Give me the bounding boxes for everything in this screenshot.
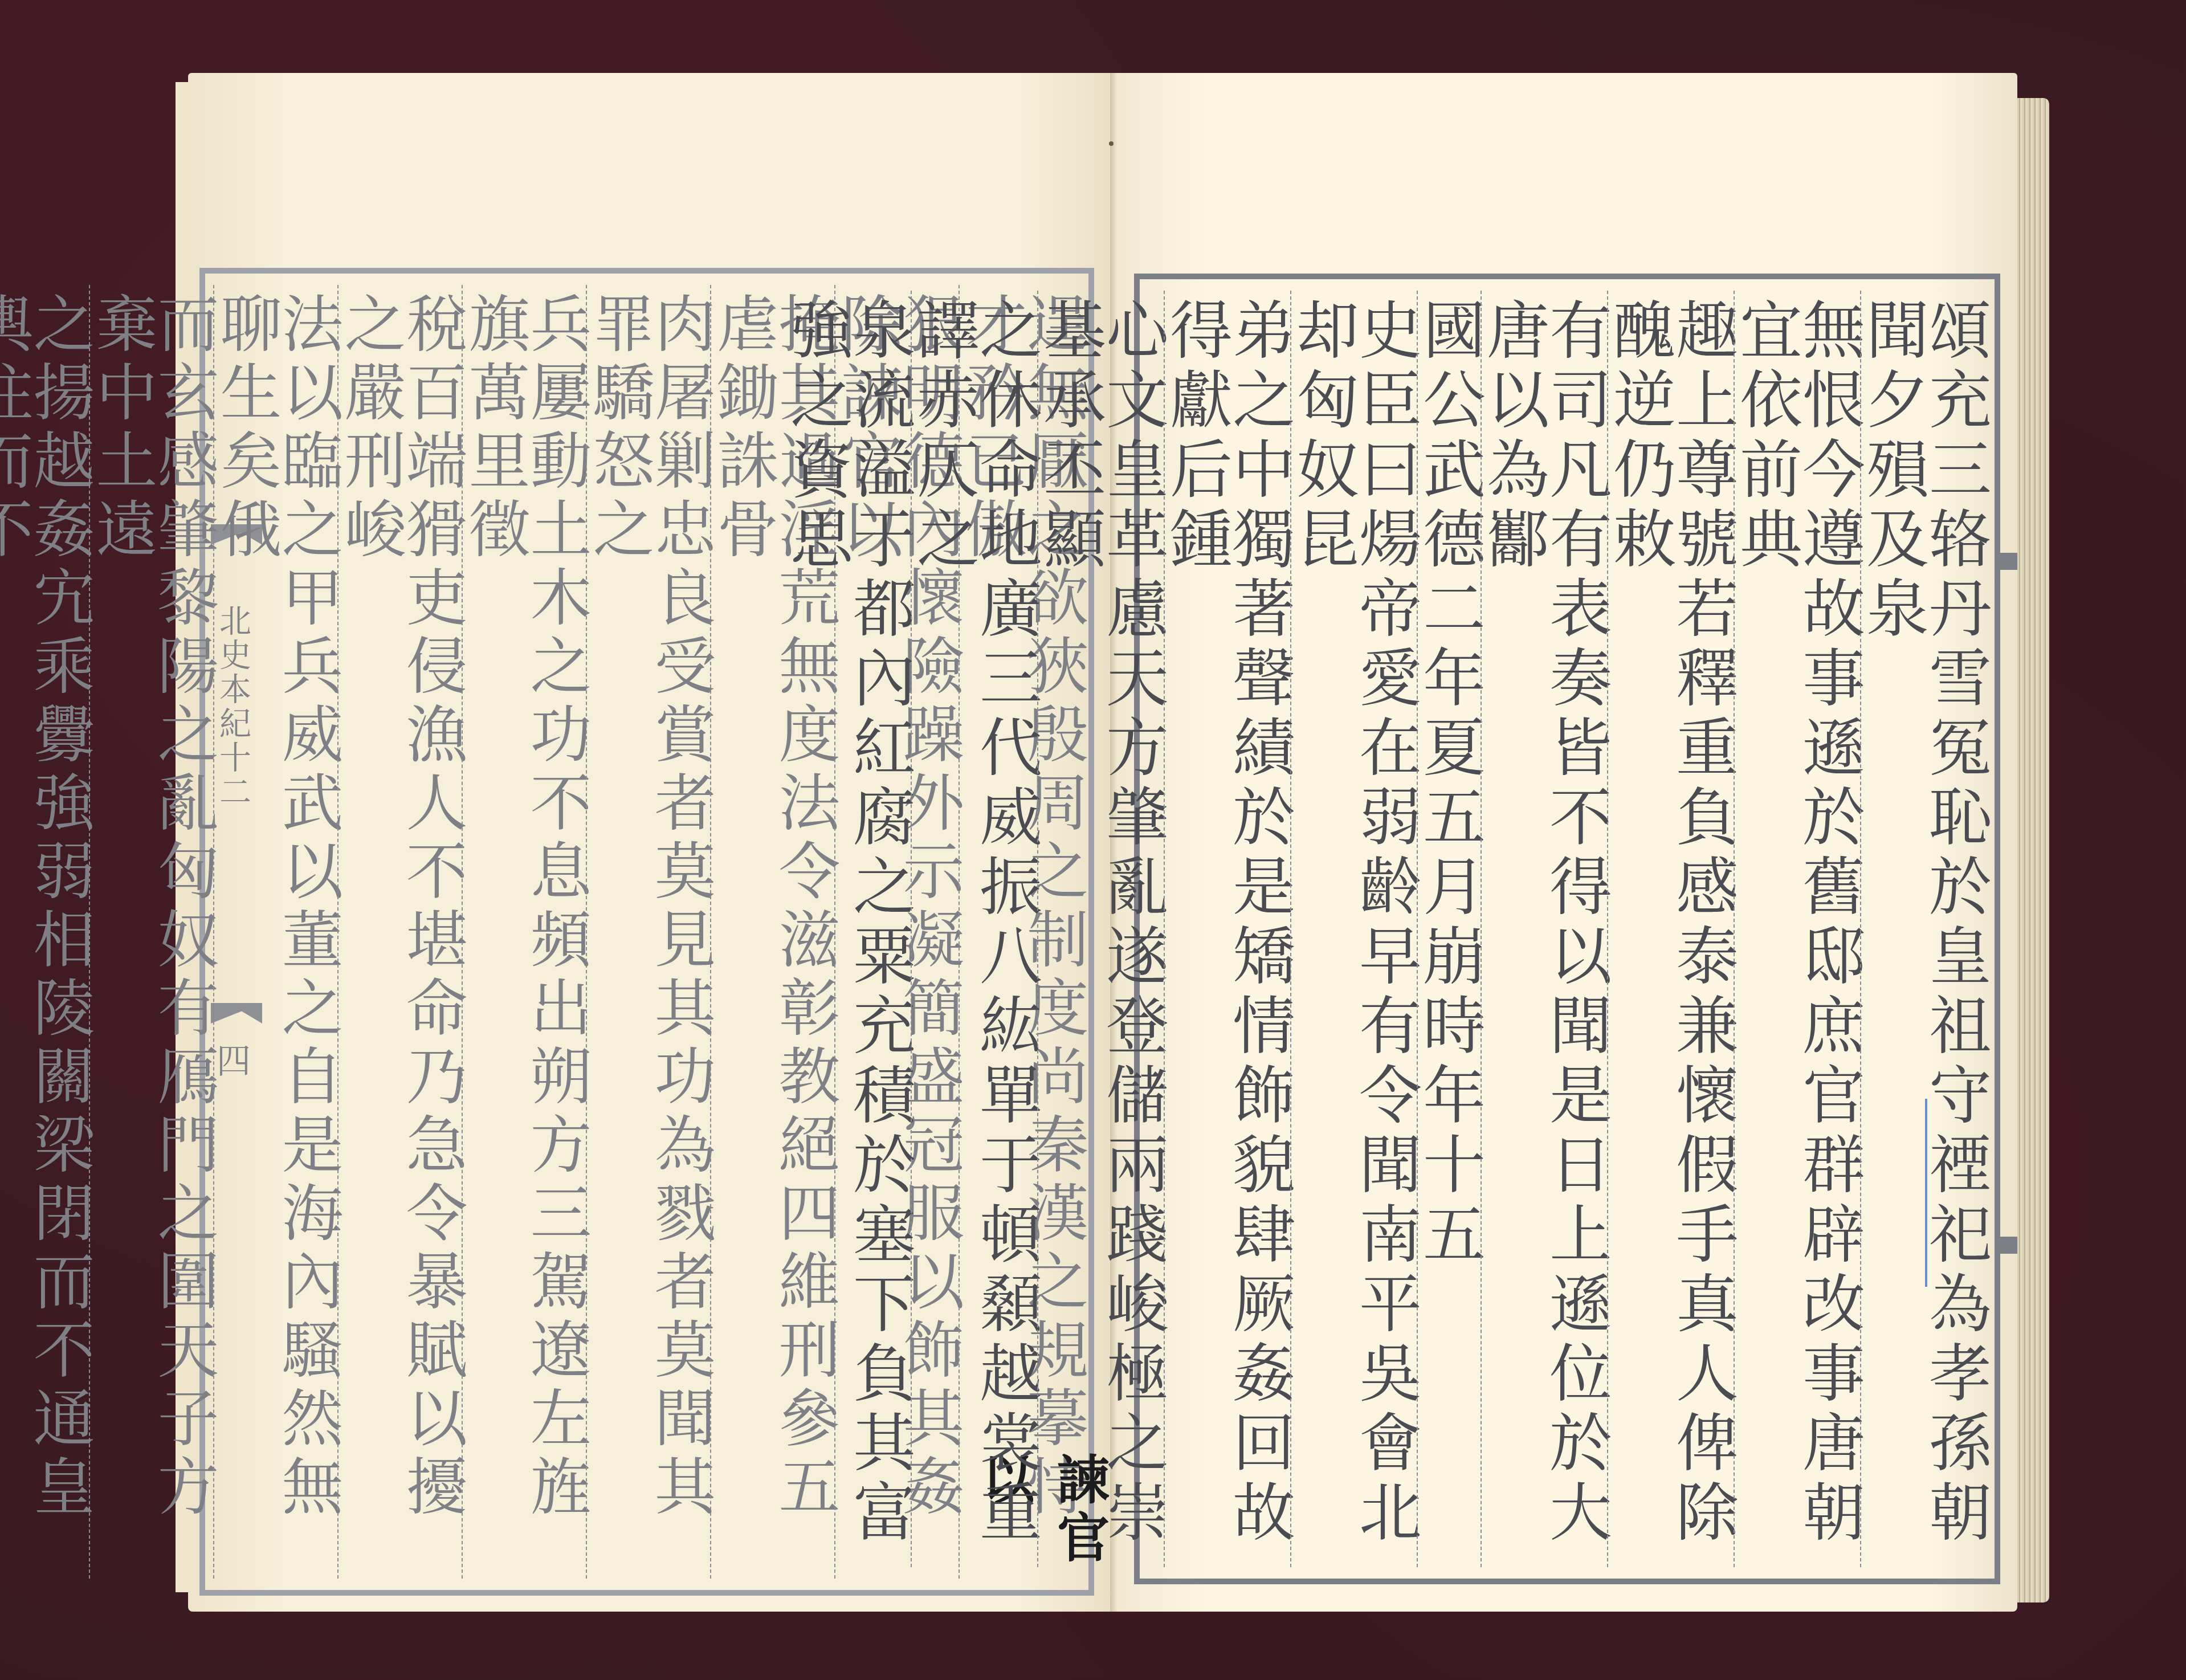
column-text: 稅百端猾吏侵漁人不堪命乃急令暴賦以擾之嚴刑峻 [338,292,462,1579]
open-book: 北史本紀十二 四 逞無厭之欲狹殷周之制度尚秦漢之規摹恃才矜已傲 狠明德內懷險躁外… [188,73,2086,1612]
column-text: 趣上尊號若釋重負感泰兼懷假手真人俾除醜逆仍敕 [1608,297,1734,1567]
text-column: 心文皇革慮天方肇亂遂登儲兩踐峻極之崇基承丕顯 [1037,291,1164,1567]
binding-stitch-icon [1109,141,1114,146]
column-text: 無恨今遵故事遜於舊邸庶官群辟改事唐朝宜依前典 [1735,297,1860,1567]
text-column: 之揚越姦宄乘釁強弱相陵關梁閉而不通皇輿往而不 [0,285,89,1579]
text-column: 稅百端猾吏侵漁人不堪命乃急令暴賦以擾之嚴刑峻 [337,285,462,1579]
column-text: 國公武德二年夏五月崩時年十五 [1418,297,1481,1567]
blue-pencil-mark [1925,1099,1927,1287]
column-text: 而玄感肇黎陽之亂匈奴有鴈門之圍天子方棄中土遠 [90,292,213,1579]
text-column: 肉屠剿忠良受賞者莫見其功為戮者莫聞其罪驕怒之 [586,285,710,1579]
column-text: 泉流溢于都內紅腐之粟充積於塞下負其富強之資思 [785,297,911,1567]
column-text: 肉屠剿忠良受賞者莫見其功為戮者莫聞其罪驕怒之 [587,292,710,1579]
text-column: 無恨今遵故事遜於舊邸庶官群辟改事唐朝宜依前典 [1734,291,1860,1567]
right-page-text-frame: 頌充三辂丹雪冤恥於皇祖守禋祀為孝孫朝聞夕殞及泉 無恨今遵故事遜於舊邸庶官群辟改事… [1134,274,2000,1584]
column-text: 史臣曰煬帝愛在弱齡早有令聞南平吳會北却匈奴昆 [1291,297,1417,1567]
right-page-columns: 頌充三辂丹雪冤恥於皇祖守禋祀為孝孫朝聞夕殞及泉 無恨今遵故事遜於舊邸庶官群辟改事… [1148,291,1987,1567]
column-text: 有司凡有表奏皆不得以聞是日上遜位於大唐以為酅 [1482,297,1607,1567]
text-column: 法以臨之甲兵威武以董之自是海內騷然無聊生矣俄 [213,285,337,1579]
column-text: 心文皇革慮天方肇亂遂登儲兩踐峻極之崇基承丕顯 [1038,297,1164,1567]
text-column: 之休命地廣三代威振八紘單于頓顙越裳重譯赤仄之 [911,291,1037,1567]
text-column: 趣上尊號若釋重負感泰兼懷假手真人俾除醜逆仍敕 [1607,291,1734,1567]
text-column: 有司凡有表奏皆不得以聞是日上遜位於大唐以為酅 [1481,291,1607,1567]
column-text: 弟之中獨著聲績於是矯情飾貌肆厥姦回故得獻后鍾 [1165,297,1290,1567]
text-column: 史臣曰煬帝愛在弱齡早有令聞南平吳會北却匈奴昆 [1290,291,1417,1567]
column-text: 之休命地廣三代威振八紘單于頓顙越裳重譯赤仄之 [912,297,1037,1567]
column-text: 法以臨之甲兵威武以董之自是海內騷然無聊生矣俄 [214,292,337,1579]
column-text: 兵屢動土木之功不息頻出朔方三駕遼左旌旗萬里徵 [463,292,586,1579]
text-column: 兵屢動土木之功不息頻出朔方三駕遼左旌旗萬里徵 [462,285,586,1579]
column-text: 頌充三辂丹雪冤恥於皇祖守禋祀為孝孫朝聞夕殞及泉 [1861,297,1987,1567]
text-column: 而玄感肇黎陽之亂匈奴有鴈門之圍天子方棄中土遠 [89,285,213,1579]
text-column: 頌充三辂丹雪冤恥於皇祖守禋祀為孝孫朝聞夕殞及泉 [1860,291,1987,1567]
text-column: 弟之中獨著聲績於是矯情飾貌肆厥姦回故得獻后鍾 [1164,291,1290,1567]
text-column: 國公武德二年夏五月崩時年十五 [1417,291,1481,1567]
text-column: 泉流溢于都內紅腐之粟充積於塞下負其富強之資思 [785,291,911,1567]
column-text: 之揚越姦宄乘釁強弱相陵關梁閉而不通皇輿往而不 [0,292,89,1579]
book-fore-edge [2017,98,2049,1602]
